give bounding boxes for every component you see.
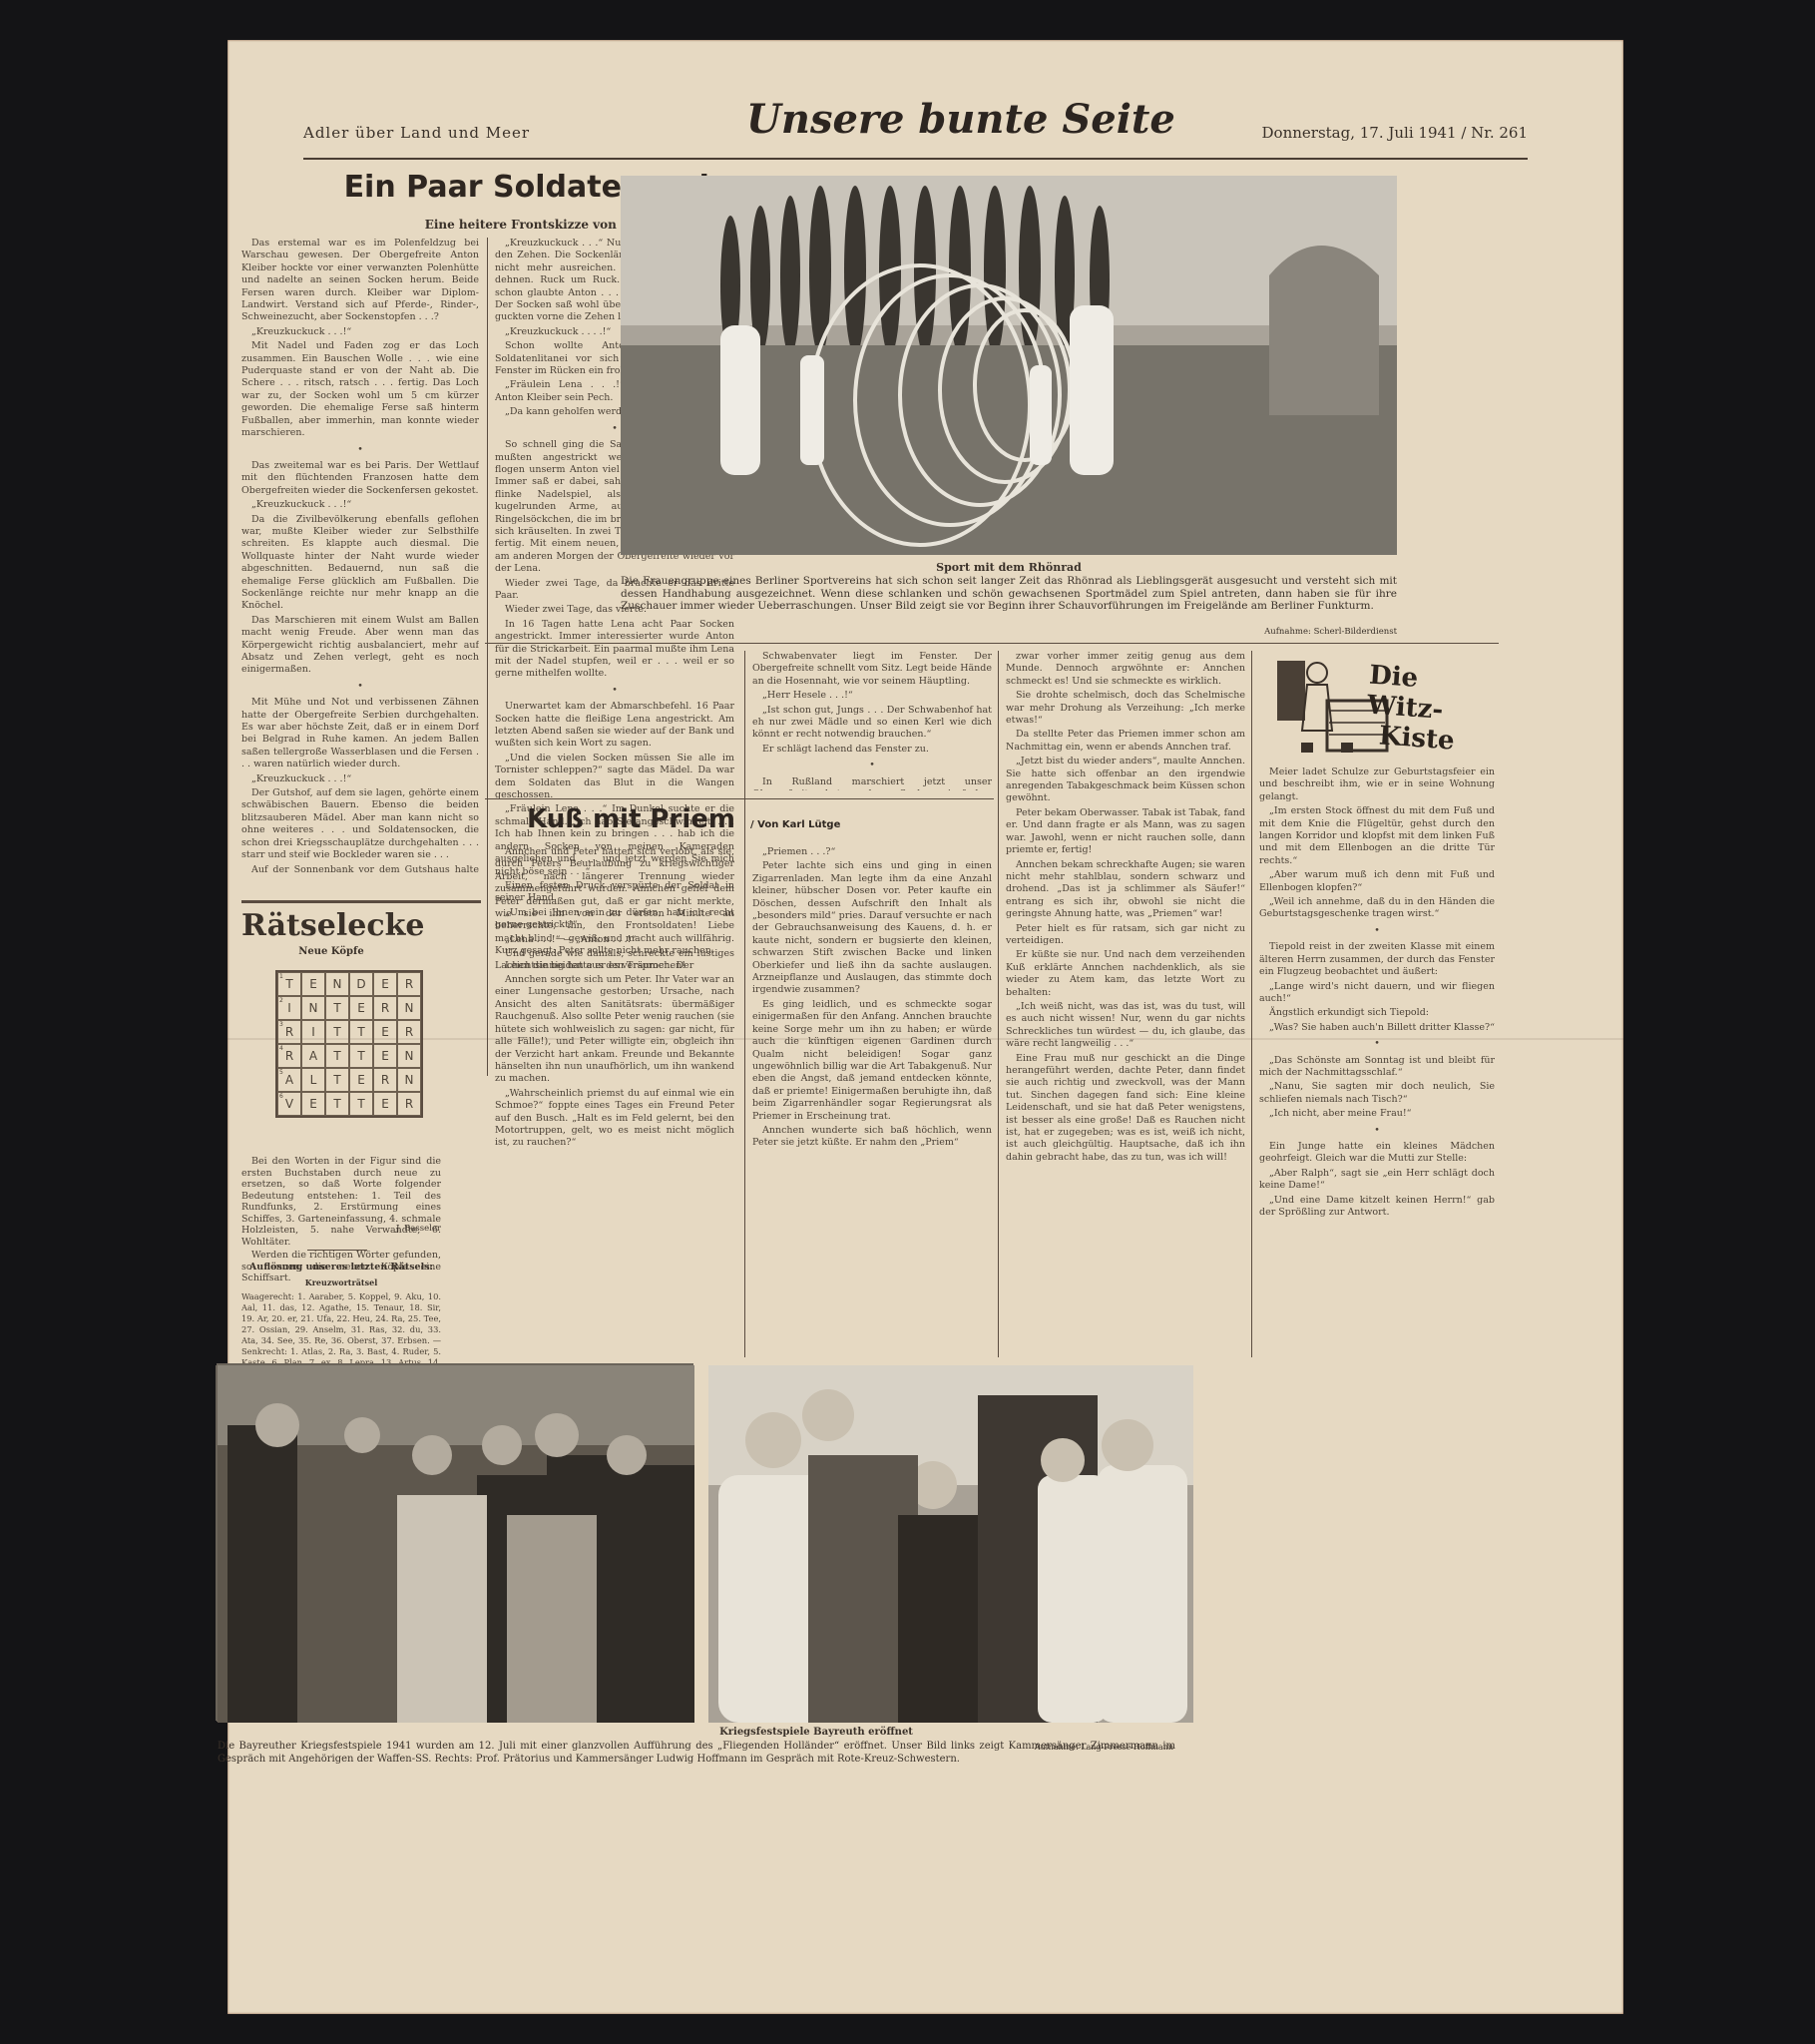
paragraph: Unerwartet kam der Abmarschbefehl. 16 Pa… <box>495 701 734 751</box>
article2-title: Kuß mit Priem <box>527 804 735 834</box>
article2-column-3: zwar vorher immer zeitig genug aus dem M… <box>1006 651 1245 1359</box>
grid-letter: E <box>357 1001 365 1015</box>
grid-letter: T <box>333 1049 340 1063</box>
grid-letter: E <box>357 1073 365 1087</box>
paragraph: zwar vorher immer zeitig genug aus dem M… <box>1006 651 1245 688</box>
grid-letter: N <box>333 977 342 991</box>
grid-cell: E <box>301 1092 325 1116</box>
grid-letter: T <box>333 1025 340 1039</box>
paragraph: Es ging leidlich, und es schmeckte sogar… <box>752 999 992 1123</box>
grid-letter: R <box>381 1073 389 1087</box>
grid-cell: N <box>301 996 325 1020</box>
raetsel-short-rule <box>307 1250 367 1251</box>
grid-number: 1 <box>279 973 283 980</box>
grid-cell: T <box>325 996 349 1020</box>
grid-letter: E <box>381 1049 389 1063</box>
grid-letter: I <box>311 1025 315 1039</box>
grid-letter: E <box>309 1097 317 1111</box>
grid-cell: E <box>349 996 373 1020</box>
grid-letter: N <box>405 1073 414 1087</box>
photo-rhoenrad-title: Sport mit dem Rhönrad <box>621 561 1397 574</box>
column-divider <box>487 238 488 1076</box>
grid-cell: N <box>325 972 349 996</box>
paragraph: Da die Zivilbevölkerung ebenfalls gefloh… <box>241 514 479 613</box>
masthead-date-issue: Donnerstag, 17. Juli 1941 / Nr. 261 <box>1262 124 1528 142</box>
section-separator: • <box>241 444 479 456</box>
grid-cell: R <box>397 1020 421 1044</box>
grid-letter: T <box>333 1001 340 1015</box>
section-separator: • <box>241 681 479 693</box>
paragraph: Eine Frau muß nur geschickt an die Dinge… <box>1006 1053 1245 1165</box>
grid-letter: T <box>285 977 292 991</box>
grid-letter: E <box>309 977 317 991</box>
grid-letter: T <box>333 1073 340 1087</box>
grid-cell: D <box>349 972 373 996</box>
grid-cell: 1T <box>277 972 301 996</box>
paragraph: In Rußland marschiert jetzt unser Oberge… <box>752 776 992 790</box>
grid-letter: R <box>285 1049 293 1063</box>
grid-cell: 3R <box>277 1020 301 1044</box>
grid-cell: 5A <box>277 1068 301 1092</box>
witzkiste-title: Die Witz- Kiste <box>1364 661 1500 760</box>
paragraph: Peter lachte sich eins und ging in einen… <box>752 860 992 996</box>
article2-headline: Kuß mit Priem / Von Karl Lütge <box>527 804 840 834</box>
grid-cell: T <box>325 1020 349 1044</box>
grid-letter: I <box>287 1001 291 1015</box>
paragraph: Er schlägt lachend das Fenster zu. <box>752 744 992 756</box>
section-separator: • <box>495 685 734 697</box>
paragraph: Annchen und Peter hatten sich verlobt, a… <box>495 846 734 958</box>
grid-letter: R <box>405 1025 413 1039</box>
grid-cell: N <box>397 1044 421 1068</box>
paragraph: Ängstlich erkundigt sich Tiepold: <box>1259 1007 1495 1019</box>
nurses-photo-graphic <box>708 1365 1193 1723</box>
grid-letter: A <box>285 1073 293 1087</box>
photo-bottom-left <box>218 1365 694 1723</box>
grid-number: 5 <box>279 1069 283 1076</box>
paragraph: „Nanu, Sie sagten mir doch neulich, Sie … <box>1259 1081 1495 1106</box>
grid-cell: R <box>373 1068 397 1092</box>
article1-column-3: Schwabenvater liegt im Fenster. Der Ober… <box>752 651 992 790</box>
paragraph: Meier ladet Schulze zur Geburtstagsfeier… <box>1259 766 1495 803</box>
grid-cell: 6V <box>277 1092 301 1116</box>
grid-letter: E <box>381 1097 389 1111</box>
column-divider <box>1251 651 1252 1357</box>
grid-number: 3 <box>279 1021 283 1028</box>
paragraph: „Kreuzkuckuck . . .!“ <box>241 773 479 785</box>
paragraph: Mit Nadel und Faden zog er das Loch zusa… <box>241 340 479 439</box>
paragraph: „Was? Sie haben auch'n Billett dritter K… <box>1259 1022 1495 1034</box>
grid-cell: T <box>349 1020 373 1044</box>
paragraph: Das Marschieren mit einem Wulst am Balle… <box>241 615 479 677</box>
raetsel-subtitle: Neue Köpfe <box>241 946 421 957</box>
paragraph: Bei den Worten in der Figur sind die ers… <box>241 1156 441 1248</box>
paragraph: Das zweitemal war es bei Paris. Der Wett… <box>241 460 479 497</box>
paragraph: „Und die vielen Socken müssen Sie alle i… <box>495 753 734 802</box>
photo-bayreuth-title: Kriegsfestspiele Bayreuth eröffnet <box>218 1727 1315 1738</box>
section-separator: • <box>1259 1125 1495 1137</box>
newspaper-page: Adler über Land und Meer Unsere bunte Se… <box>227 40 1623 2014</box>
paragraph: „Priemen . . .?“ <box>752 846 992 858</box>
paragraph: Sie drohte schelmisch, doch das Schelmis… <box>1006 690 1245 727</box>
paragraph: Da stellte Peter das Priemen immer schon… <box>1006 729 1245 754</box>
grid-number: 4 <box>279 1045 283 1052</box>
raetsel-title: Rätselecke <box>241 908 421 943</box>
solution-title: Auflösung unseres letzten Rätsels: <box>241 1262 441 1273</box>
section-separator: • <box>752 760 992 771</box>
paragraph: Peter bekam Oberwasser. Tabak ist Tabak,… <box>1006 807 1245 857</box>
grid-cell: E <box>373 1044 397 1068</box>
grid-cell: E <box>373 972 397 996</box>
paragraph: Auf der Sonnenbank vor dem Gutshaus halt… <box>241 864 479 877</box>
raetsel-top-rule <box>241 900 481 903</box>
witzkiste-title-line1: Die Witz- <box>1366 661 1500 730</box>
grid-number: 2 <box>279 997 283 1004</box>
grid-letter: T <box>357 1049 364 1063</box>
grid-cell: T <box>325 1044 349 1068</box>
grid-letter: R <box>405 977 413 991</box>
grid-letter: T <box>357 1025 364 1039</box>
paragraph: „Herr Hesele . . .!“ <box>752 690 992 702</box>
section-rule <box>485 643 1499 644</box>
paragraph: „Kreuzkuckuck . . .!“ <box>241 326 479 338</box>
masthead-rule <box>303 158 1528 160</box>
soldiers-photo-graphic <box>218 1365 694 1723</box>
photo-bayreuth-credit: Aufnahme: Lang-Presse-Hoffmann <box>218 1743 1173 1752</box>
grid-cell: E <box>373 1092 397 1116</box>
paragraph: „Jetzt bist du wieder anders“, maulte An… <box>1006 756 1245 805</box>
paragraph: „Weil ich annehme, daß du in den Händen … <box>1259 896 1495 921</box>
paragraph: Tiepold reist in der zweiten Klasse mit … <box>1259 941 1495 978</box>
grid-letter: A <box>309 1049 317 1063</box>
grid-cell: 4R <box>277 1044 301 1068</box>
paragraph: Annchen bekam schreckhafte Augen; sie wa… <box>1006 859 1245 921</box>
grid-cell: L <box>301 1068 325 1092</box>
paragraph: „Wahrscheinlich priemst du auf einmal wi… <box>495 1088 734 1150</box>
grid-letter: E <box>381 977 389 991</box>
photo-rhoenrad-credit: Aufnahme: Scherl-Bilderdienst <box>621 627 1397 637</box>
paragraph: Der Gutshof, auf dem sie lagen, gehörte … <box>241 787 479 861</box>
grid-cell: T <box>325 1092 349 1116</box>
photo-bottom-right <box>708 1365 1193 1723</box>
column-divider <box>744 846 745 1357</box>
photo-rhoenrad-image <box>621 176 1397 555</box>
witzkiste-logo: Die Witz- Kiste <box>1257 651 1497 761</box>
grid-number: 6 <box>279 1093 283 1100</box>
paragraph: „Das Schönste am Sonntag ist und bleibt … <box>1259 1055 1495 1080</box>
grid-cell: A <box>301 1044 325 1068</box>
grid-cell: T <box>349 1092 373 1116</box>
column-divider <box>998 651 999 1357</box>
grid-cell: T <box>325 1068 349 1092</box>
grid-cell: E <box>349 1068 373 1092</box>
masthead-title: Unsere bunte Seite <box>746 96 1175 143</box>
masthead-series: Adler über Land und Meer <box>303 124 530 142</box>
grid-cell: R <box>397 1092 421 1116</box>
paragraph: Annchen sorgte sich um Peter. Ihr Vater … <box>495 974 734 1086</box>
grid-letter: R <box>405 1097 413 1111</box>
grid-letter: D <box>356 977 365 991</box>
article2-byline: / Von Karl Lütge <box>750 819 840 830</box>
photo-rhoenrad-caption: Die Frauengruppe eines Berliner Sportver… <box>621 575 1397 613</box>
grid-letter: T <box>333 1097 340 1111</box>
grid-cell: T <box>349 1044 373 1068</box>
paragraph: Leichtsinnig hatte er es versprochen! <box>495 960 734 972</box>
witzkiste-jokes: Meier ladet Schulze zur Geburtstagsfeier… <box>1259 766 1495 1359</box>
grid-letter: T <box>357 1097 364 1111</box>
paragraph: Peter hielt es für ratsam, sich gar nich… <box>1006 923 1245 948</box>
article1-column-1: Das erstemal war es im Polenfeldzug bei … <box>241 238 479 876</box>
paragraph: Mit Mühe und Not und verbissenen Zähnen … <box>241 697 479 770</box>
photo-rhoenrad-graphic <box>621 176 1397 555</box>
raetsel-author: J. Basseler <box>241 1224 441 1234</box>
paragraph: „Aber warum muß ich denn mit Fuß und Ell… <box>1259 869 1495 894</box>
grid-cell: R <box>397 972 421 996</box>
grid-letter: N <box>405 1001 414 1015</box>
solution-subtitle: Kreuzworträtsel <box>241 1277 441 1287</box>
grid-cell: N <box>397 1068 421 1092</box>
grid-letter: V <box>285 1097 293 1111</box>
article2-column-2: „Priemen . . .?“Peter lachte sich eins u… <box>752 846 992 1359</box>
paragraph: „Lange wird's nicht dauern, und wir flie… <box>1259 981 1495 1006</box>
article2-top-rule <box>485 798 994 799</box>
grid-letter: R <box>381 1001 389 1015</box>
grid-cell: R <box>373 996 397 1020</box>
grid-letter: N <box>405 1049 414 1063</box>
paragraph: „Aber Ralph“, sagt sie „ein Herr schlägt… <box>1259 1168 1495 1193</box>
paragraph: Er küßte sie nur. Und nach dem verzeihen… <box>1006 949 1245 999</box>
paragraph: Annchen wunderte sich baß höchlich, wenn… <box>752 1125 992 1150</box>
paragraph: „Ich weiß nicht, was das ist, was du tus… <box>1006 1001 1245 1051</box>
grid-cell: 2I <box>277 996 301 1020</box>
grid-cell: E <box>301 972 325 996</box>
puzzle-grid: 1TENDER2INTERN3RITTER4RATTEN5ALTERN6VETT… <box>275 970 423 1118</box>
article2-author: Von Karl Lütge <box>757 819 840 830</box>
paragraph: „Kreuzkuckuck . . .!“ <box>241 499 479 511</box>
paragraph: Das erstemal war es im Polenfeldzug bei … <box>241 238 479 324</box>
grid-letter: R <box>285 1025 293 1039</box>
paragraph: „Und eine Dame kitzelt keinen Herrn!“ ga… <box>1259 1195 1495 1220</box>
article2-column-1: Annchen und Peter hatten sich verlobt, a… <box>495 846 734 1359</box>
grid-cell: I <box>301 1020 325 1044</box>
section-separator: • <box>1259 1038 1495 1050</box>
grid-letter: L <box>310 1073 317 1087</box>
grid-letter: E <box>381 1025 389 1039</box>
grid-letter: N <box>309 1001 318 1015</box>
paragraph: „Ich nicht, aber meine Frau!“ <box>1259 1108 1495 1120</box>
paragraph: „Ist schon gut, Jungs . . . Der Schwaben… <box>752 705 992 742</box>
paragraph: Ein Junge hatte ein kleines Mädchen geoh… <box>1259 1141 1495 1166</box>
grid-cell: N <box>397 996 421 1020</box>
paragraph: Schwabenvater liegt im Fenster. Der Ober… <box>752 651 992 688</box>
paragraph: „Im ersten Stock öffnest du mit dem Fuß … <box>1259 805 1495 867</box>
section-separator: • <box>1259 925 1495 937</box>
grid-cell: E <box>373 1020 397 1044</box>
